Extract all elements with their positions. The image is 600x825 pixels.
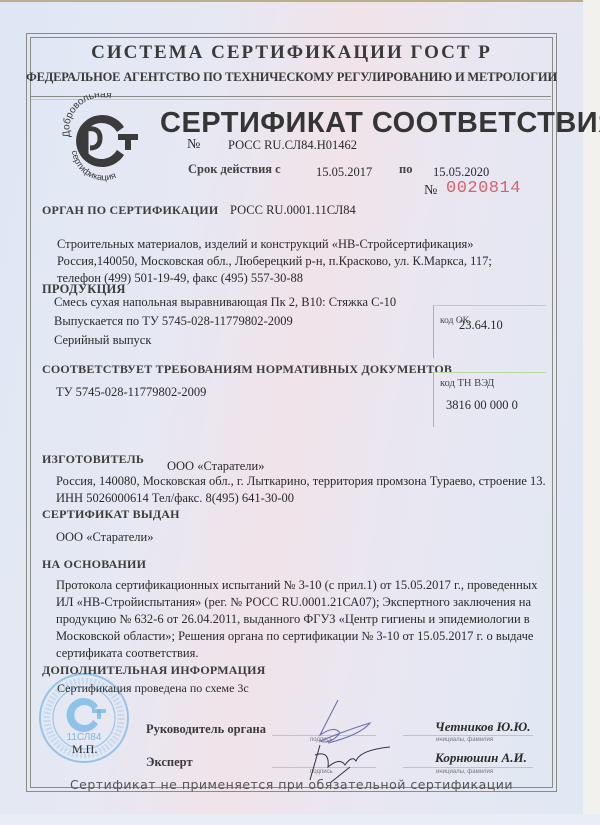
expert-name: Корнюшин А.И.	[435, 750, 527, 766]
certificate-number: РОСС RU.СЛ84.Н01462	[228, 138, 357, 153]
head-of-body-label: Руководитель органа	[146, 722, 266, 737]
rst-voluntary-certification-logo-icon: Добровольная сертификация	[62, 93, 142, 183]
ok-code-value: 23.64.10	[459, 318, 503, 333]
head-signature-scribble-icon	[290, 695, 400, 785]
stamp-place-label: М.П.	[72, 742, 97, 757]
additional-info-text: Сертификация проведена по схеме 3с	[57, 681, 249, 696]
agency-name: ФЕДЕРАЛЬНОЕ АГЕНТСТВО ПО ТЕХНИЧЕСКОМУ РЕ…	[0, 70, 583, 85]
tn-ved-label: код ТН ВЭД	[440, 378, 494, 389]
svg-text:сертификация: сертификация	[70, 150, 117, 183]
basis-line: Протокола сертификационных испытаний № 3…	[56, 578, 537, 593]
product-line: Серийный выпуск	[54, 333, 151, 348]
manufacturer-contacts: ИНН 5026000614 Тел/факс. 8(495) 641-30-0…	[56, 491, 294, 506]
system-title: СИСТЕМА СЕРТИФИКАЦИИ ГОСТ Р	[0, 42, 583, 64]
head-name-line	[403, 735, 533, 736]
certification-body-line: Россия,140050, Московская обл., Люберецк…	[57, 254, 492, 269]
basis-line: Московской области»; Решения органа по с…	[56, 629, 533, 644]
certification-body-line: Строительных материалов, изделий и конст…	[57, 237, 474, 252]
issued-to-name: ООО «Старатели»	[56, 530, 153, 545]
basis-line: продукцию № 632-6 от 26.04.2011, выданно…	[56, 612, 530, 627]
basis-line: ИЛ «НВ-Стройиспытания» (рег. № РОСС RU.0…	[56, 595, 531, 610]
head-name-caption: инициалы, фамилия	[436, 737, 493, 743]
form-number-label: №	[424, 183, 437, 199]
valid-from-date: 15.05.2017	[316, 165, 372, 180]
product-line: Смесь сухая напольная выравнивающая Пк 2…	[54, 295, 396, 310]
basis-heading: НА ОСНОВАНИИ	[42, 557, 146, 572]
form-serial-number: 0020814	[446, 179, 521, 198]
manufacturer-address: Россия, 140080, Московская обл., г. Лытк…	[56, 474, 546, 489]
product-line: Выпускается по ТУ 5745-028-11779802-2009	[54, 314, 293, 329]
manufacturer-heading: ИЗГОТОВИТЕЛЬ	[42, 452, 144, 467]
compliance-heading: СООТВЕТСТВУЕТ ТРЕБОВАНИЯМ НОРМАТИВНЫХ ДО…	[42, 362, 452, 377]
expert-name-caption: инициалы, фамилия	[436, 769, 493, 775]
certificate-title: СЕРТИФИКАТ СООТВЕТСТВИЯ	[160, 107, 600, 140]
basis-line: сертификата соответствия.	[56, 646, 199, 661]
issued-to-heading: СЕРТИФИКАТ ВЫДАН	[42, 507, 180, 522]
expert-label: Эксперт	[146, 755, 193, 770]
footer-note: Сертификат не применяется при обязательн…	[0, 777, 583, 792]
expert-name-line	[403, 767, 533, 768]
head-of-body-name: Четников Ю.Ю.	[435, 719, 531, 735]
tn-ved-code: 3816 00 000 0	[446, 398, 518, 413]
validity-label: Срок действия с	[188, 162, 281, 177]
certification-body-code: РОСС RU.0001.11СЛ84	[230, 203, 356, 218]
additional-info-heading: ДОПОЛНИТЕЛЬНАЯ ИНФОРМАЦИЯ	[42, 663, 266, 678]
manufacturer-name: ООО «Старатели»	[167, 459, 264, 474]
normative-document: ТУ 5745-028-11779802-2009	[56, 385, 206, 400]
certificate-number-label: №	[187, 137, 200, 153]
page-bottom-margin	[0, 814, 600, 825]
certification-body-heading: ОРГАН ПО СЕРТИФИКАЦИИ	[42, 203, 218, 218]
valid-to-date: 15.05.2020	[433, 165, 489, 180]
valid-to-label: по	[399, 162, 412, 177]
